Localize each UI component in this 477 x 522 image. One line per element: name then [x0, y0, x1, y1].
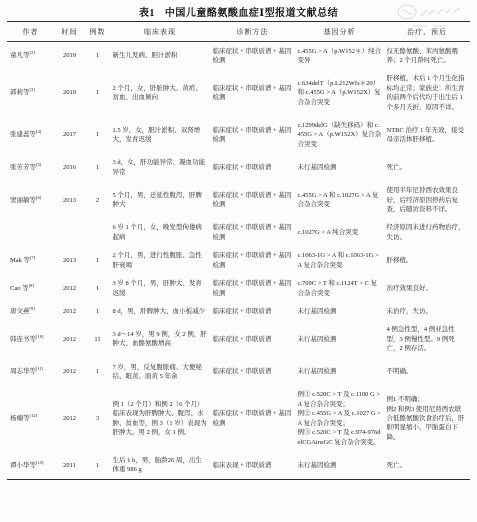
diagnosis-cell: 临床症状 + 串联质谱 + 基因检测 — [210, 182, 295, 219]
gene-cell: c.1027G > A 纯合突变 — [295, 219, 384, 247]
author-cell: 童凡等[2] — [7, 42, 54, 70]
col-header-year: 时间 — [54, 22, 85, 42]
author-name: 童凡等 — [10, 52, 30, 59]
col-header-treatment: 治疗、预后 — [384, 22, 470, 42]
author-name: 杨楠等 — [10, 415, 30, 422]
treatment-cell: 例1 不明确； 例2 和例3 使用尼替西农联合低酪氨酸饮食治疗后，肝脏明显缩小，… — [384, 386, 470, 452]
author-name: Cao 等 — [10, 285, 29, 292]
cases-cell: 1 — [85, 154, 110, 182]
year-cell: 2016 — [54, 154, 85, 182]
author-name: 周志华等 — [10, 368, 36, 375]
diagnosis-cell: 临床表现 + 串联质谱 — [210, 452, 295, 480]
clinical-cell: 7 岁，男，反复腹胀痛、大便秘结、眼黄、面黄 5 年余 — [110, 358, 210, 386]
gene-cell: 未行基因检测 — [295, 302, 384, 320]
gene-cell: c.709C > T 和 c.1124T > C 复合杂合突变 — [295, 275, 384, 303]
gene-cell: c.455G > A 和 c.1027G > A 复合杂合突变 — [295, 182, 384, 219]
year-cell: 2019 — [54, 70, 85, 117]
treatment-cell: 经济原因未进行药物治疗，失访。 — [384, 219, 470, 247]
treatment-cell: 死亡。 — [384, 154, 470, 182]
author-cell: 窦丽敏等[6] — [7, 182, 54, 219]
clinical-cell: 1.5 岁，女，胆汁淤积、双肾增大，发育迟缓 — [110, 117, 210, 154]
diagnosis-cell: 临床症状 + 串联质谱 + 基因检测 — [210, 219, 295, 247]
clinical-cell: 8 d，男，肝脾肿大、血小板减少 — [110, 302, 210, 320]
gene-cell: c.1299delG（缺失移码）和 c.455G > A（p.W152X）复合杂… — [295, 117, 384, 154]
table-title: 表1中国儿童酪氨酸血症Ⅰ型报道文献总结 — [0, 0, 477, 20]
treatment-cell: 死亡。 — [384, 452, 470, 480]
cases-cell: 2 — [85, 182, 110, 219]
cases-cell: 1 — [85, 302, 110, 320]
cases-cell: 11 — [85, 321, 110, 358]
reference-superscript: [11] — [36, 366, 43, 371]
diagnosis-cell: 临床症状 + 串联质谱 + 基因检测 — [210, 117, 295, 154]
year-cell: 2019 — [54, 42, 85, 70]
clinical-cell: 生后 1 h，男，胎龄26 周，出生体重 986 g — [110, 452, 210, 480]
author-cell: 张芳芳等[5] — [7, 154, 54, 182]
author-name: 韩连书等 — [10, 336, 36, 343]
year-cell: 2012 — [54, 275, 85, 303]
cases-cell: 3 — [85, 386, 110, 452]
table-row: Mak 等[7] 2013 1 2 个月，男，进行性腹胀、急性肝衰竭 临床症状 … — [7, 247, 470, 275]
author-cell: 杨楠等[12] — [7, 386, 54, 452]
col-header-diagnosis: 诊断方法 — [210, 22, 295, 42]
reference-superscript: [6] — [36, 194, 41, 199]
diagnosis-cell: 临床症状 + 串联质谱 + 基因检测 — [210, 70, 295, 117]
table-row: 唐文燕[9] 2012 1 8 d，男，肝脾肿大、血小板减少 临床症状 + 串联… — [7, 302, 470, 320]
reference-superscript: [3] — [30, 87, 35, 92]
table-row: 韩连书等[10] 2012 11 3 d～14 岁，男 9 例，女 2 例，肝肿… — [7, 321, 470, 358]
diagnosis-cell: 临床症状 + 串联质谱 — [210, 321, 295, 358]
year-cell: 2013 — [54, 247, 85, 275]
author-cell: 唐文燕[9] — [7, 302, 54, 320]
table-number: 表1 — [139, 8, 155, 19]
clinical-cell: 5 个月，男，迁延性腹泻，肝脾肿大 — [110, 182, 210, 219]
cases-cell: 1 — [85, 452, 110, 480]
year-cell: 2012 — [54, 321, 85, 358]
author-name: 张芳芳等 — [10, 164, 36, 171]
clinical-cell: 3 d～14 岁，男 9 例，女 2 例，肝肿大、血酪氨酸增高 — [110, 321, 210, 358]
reference-superscript: [10] — [36, 334, 44, 339]
gene-cell: c.1063-1G > A 和 c.1063-1G > A 复合杂合突变 — [295, 247, 384, 275]
table-header: 作者 时间 例数 临床表现 诊断方法 基因分析 治疗、预后 — [7, 22, 470, 42]
diagnosis-cell: 临床症状 + 串联质谱 + 基因检测 — [210, 42, 295, 70]
table-row: 谭小华等[13] 2011 1 生后 1 h，男，胎龄26 周，出生体重 986… — [7, 452, 470, 480]
col-header-clinical: 临床表现 — [110, 22, 210, 42]
clinical-cell: 新生儿发病、胆汁淤积 — [110, 42, 210, 70]
author-cell: 周志华等[11] — [7, 358, 54, 386]
gene-cell: 例① c.520C > T 及 c.1100 G > A 复合杂合突变； 例② … — [295, 386, 384, 452]
author-cell — [7, 219, 54, 247]
table-row: 童凡等[2] 2019 1 新生儿发病、胆汁淤积 临床症状 + 串联质谱 + 基… — [7, 42, 470, 70]
diagnosis-cell: 临床症状 + 串联质谱 — [210, 302, 295, 320]
reference-superscript: [7] — [30, 255, 35, 260]
diagnosis-cell: 临床症状 + 串联质谱 — [210, 358, 295, 386]
year-cell: 2012 — [54, 358, 85, 386]
cases-cell: 1 — [85, 247, 110, 275]
year-cell: 2012 — [54, 302, 85, 320]
author-cell: Cao 等[8] — [7, 275, 54, 303]
treatment-cell: 不明确。 — [384, 358, 470, 386]
reference-superscript: [12] — [30, 413, 38, 418]
diagnosis-cell: 临床症状 + 串联质谱 + 基因检测 — [210, 386, 295, 452]
reference-superscript: [2] — [30, 50, 35, 55]
gene-cell: c.634delT（p.L212Wfs＊20）和 c.455G > A（p.W1… — [295, 70, 384, 117]
year-cell: 2011 — [54, 452, 85, 480]
year-cell: 2012 — [54, 386, 85, 452]
clinical-cell: 例 1（2 个月）和例 2（6 个月）临床表现为肝脾肿大、腹泻、水肿、贫血等，例… — [110, 386, 210, 452]
reference-superscript: [8] — [29, 283, 34, 288]
author-name: Mak 等 — [10, 257, 30, 264]
clinical-cell: 2 个月，男，进行性腹胀、急性肝衰竭 — [110, 247, 210, 275]
treatment-cell: NTBC 治疗 1 年无效，接受母亲活体肝移植。 — [384, 117, 470, 154]
author-name: 郭莉等 — [10, 89, 30, 96]
table-row: 6 岁 1 个月，女，晚发型佝偻病起病 临床症状 + 串联质谱 + 基因检测 c… — [7, 219, 470, 247]
gene-cell: c.455G > A（p.W152＊）纯合变异 — [295, 42, 384, 70]
author-cell: 郭莉等[3] — [7, 70, 54, 117]
col-header-author: 作者 — [7, 22, 54, 42]
cases-cell: 1 — [85, 70, 110, 117]
clinical-cell: 2 个月，女，肝脏肿大、黄疸、贫血、出血倾向 — [110, 70, 210, 117]
clinical-cell: 3 岁 8 个月，男，肝肿大、发育迟缓 — [110, 275, 210, 303]
table-row: 周志华等[11] 2012 1 7 岁，男，反复腹胀痛、大便秘结、眼黄、面黄 5… — [7, 358, 470, 386]
col-header-gene: 基因分析 — [295, 22, 384, 42]
literature-summary-table: 作者 时间 例数 临床表现 诊断方法 基因分析 治疗、预后 童凡等[2] 201… — [7, 21, 470, 480]
author-cell: 张建蕊等[4] — [7, 117, 54, 154]
treatment-cell: 肝移植，术后 1 个月生化指标均正常；家族史：所生育的前两个后代均于出生后 1 … — [384, 70, 470, 117]
author-cell: Mak 等[7] — [7, 247, 54, 275]
reference-superscript: [5] — [36, 162, 41, 167]
diagnosis-cell: 临床症状 + 串联质谱 — [210, 154, 295, 182]
author-name: 谭小华等 — [10, 462, 36, 469]
gene-cell: 未行基因检测 — [295, 154, 384, 182]
author-name: 张建蕊等 — [10, 131, 36, 138]
cases-cell — [85, 219, 110, 247]
treatment-cell: 仅无酪氨酸、苯丙氨酸喂养；2 个月龄时死亡。 — [384, 42, 470, 70]
table-row: 张芳芳等[5] 2016 1 3 d，女，肝功能异常、凝血功能异常 临床症状 +… — [7, 154, 470, 182]
treatment-cell: 治疗效果良好。 — [384, 275, 470, 303]
author-name: 窦丽敏等 — [10, 197, 36, 204]
treatment-cell: 未治疗，失访。 — [384, 302, 470, 320]
cases-cell: 1 — [85, 42, 110, 70]
year-cell — [54, 219, 85, 247]
table-row: 杨楠等[12] 2012 3 例 1（2 个月）和例 2（6 个月）临床表现为肝… — [7, 386, 470, 452]
gene-cell: 未行基因检测 — [295, 452, 384, 480]
table-row: 窦丽敏等[6] 2013 2 5 个月，男，迁延性腹泻，肝脾肿大 临床症状 + … — [7, 182, 470, 219]
year-cell: 2017 — [54, 117, 85, 154]
table-row: 郭莉等[3] 2019 1 2 个月，女，肝脏肿大、黄疸、贫血、出血倾向 临床症… — [7, 70, 470, 117]
col-header-cases: 例数 — [85, 22, 110, 42]
table-caption: 中国儿童酪氨酸血症Ⅰ型报道文献总结 — [165, 8, 338, 19]
paper-page: { "title": { "label": "表1", "text": "中国儿… — [0, 0, 477, 522]
table-row: Cao 等[8] 2012 1 3 岁 8 个月，男，肝肿大、发育迟缓 临床症状… — [7, 275, 470, 303]
cases-cell: 1 — [85, 358, 110, 386]
gene-cell: 未行基因检测 — [295, 321, 384, 358]
diagnosis-cell: 临床症状 + 串联质谱 + 基因检测 — [210, 275, 295, 303]
treatment-cell: 4 例急性型，4 例亚急性型，3 例慢性型。9 例死亡，2 例存活。 — [384, 321, 470, 358]
treatment-cell: 使用半年尼替西农效果良好，后经济原因停药后复查，后随访资料不详。 — [384, 182, 470, 219]
reference-superscript: [4] — [36, 129, 41, 134]
diagnosis-cell: 临床症状 + 串联质谱 + 基因检测 — [210, 247, 295, 275]
year-cell: 2013 — [54, 182, 85, 219]
treatment-cell: 肝移植。 — [384, 247, 470, 275]
author-cell: 谭小华等[13] — [7, 452, 54, 480]
cases-cell: 1 — [85, 275, 110, 303]
clinical-cell: 3 d，女，肝功能异常、凝血功能异常 — [110, 154, 210, 182]
author-name: 唐文燕 — [10, 308, 30, 315]
reference-superscript: [9] — [30, 306, 35, 311]
gene-cell: 未行基因检测 — [295, 358, 384, 386]
table-row: 张建蕊等[4] 2017 1 1.5 岁，女，胆汁淤积、双肾增大，发育迟缓 临床… — [7, 117, 470, 154]
cases-cell: 1 — [85, 117, 110, 154]
author-cell: 韩连书等[10] — [7, 321, 54, 358]
reference-superscript: [13] — [36, 460, 44, 465]
clinical-cell: 6 岁 1 个月，女，晚发型佝偻病起病 — [110, 219, 210, 247]
table-body: 童凡等[2] 2019 1 新生儿发病、胆汁淤积 临床症状 + 串联质谱 + 基… — [7, 42, 470, 480]
